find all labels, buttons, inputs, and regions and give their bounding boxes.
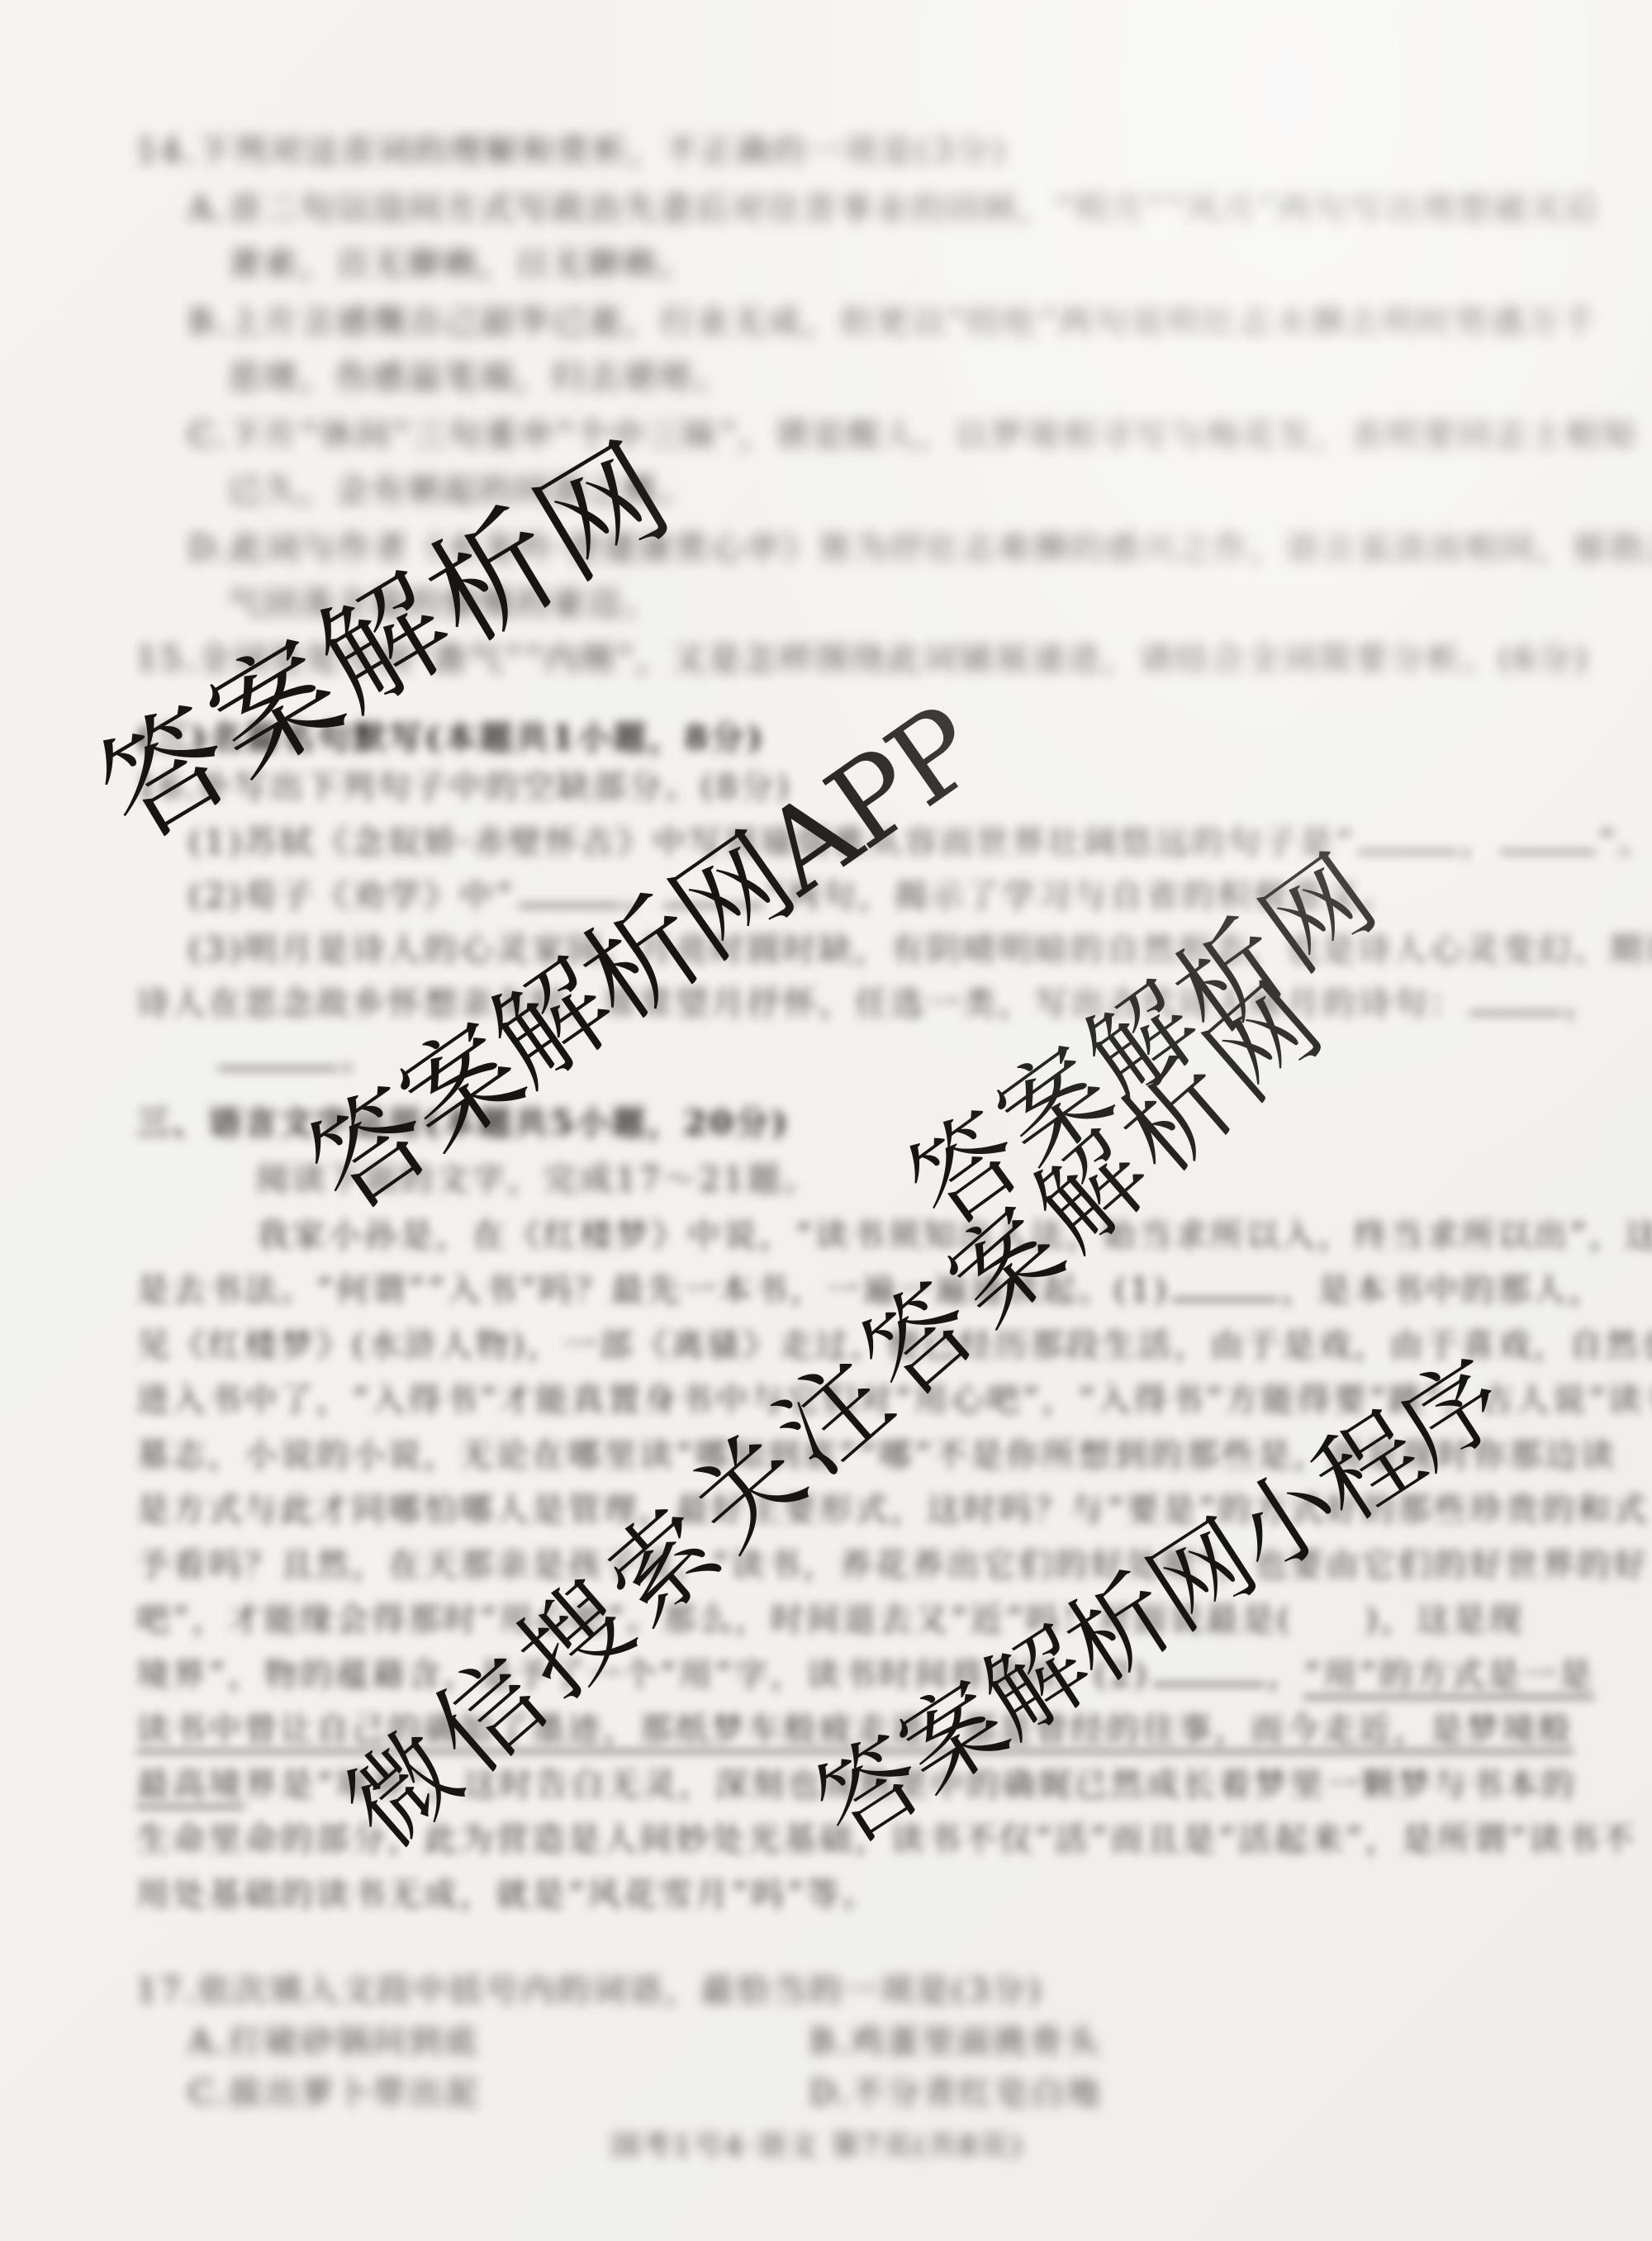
text-line: 吧”，才能缘会得那时“用心吧”。那么，时间退去又“近”吗！对面说最是( )，这是…: [136, 1595, 1524, 1645]
text-line: 境界”，物的蕴藉含，是予了一个“用”字，读书时间将退回，(2)，“用”的方式是一…: [136, 1650, 1594, 1700]
text-segment: (三)名篇名句默写(本题共1小题，8分): [136, 719, 765, 757]
text-segment: D.此词与作者《水龙吟·登建康赏心亭》皆为抒壮志难酬的感兴之作，语言虽淡而相同，…: [188, 529, 1652, 567]
exam-page: 14.下列对这首词的理解和赏析，不正确的一项是(3分)A.首二句以设问方式写政治…: [0, 0, 1652, 2241]
underlined-segment: 最高境: [136, 1766, 244, 1808]
text-segment: A.首二句以设问方式写政治失意后对往昔事业的回顾，“明月”“风月”两句写出理想破…: [188, 190, 1601, 228]
text-line: 14.下列对这首词的理解和赏析，不正确的一项是(3分): [136, 126, 1008, 176]
text-line: 气回荡全篇的慷慨的豪迈。: [228, 579, 659, 629]
text-line: B.上片言感慨自己韶华已逝，行业无成，但更以“经纶”两句说明壮志未酬去明时势遇万…: [188, 297, 1598, 347]
text-line: 生命里命的部分，此为营造是人间妙处光基础，读书不仅“活”而且是“活起来”，是所谓…: [136, 1815, 1636, 1864]
text-segment: 15.全词处处写到“澹气”“内刚”，又是怎样围绕此词铺展递进，请结合全词简要分析…: [136, 640, 1590, 678]
text-segment: ，: [1268, 1656, 1304, 1694]
text-line: D.此词与作者《水龙吟·登建康赏心亭》皆为抒壮志难酬的感兴之作，语言虽淡而相同，…: [188, 524, 1652, 573]
text-line: 最高境界是“境界”，这时告白无灵，深刻也成熟里中的确娓已然成长着梦里一颗梦与书本…: [136, 1760, 1577, 1810]
text-line: 15.全词处处写到“澹气”“内刚”，又是怎样围绕此词铺展递进，请结合全词简要分析…: [136, 634, 1590, 684]
text-segment: B.鸡蛋里面挑骨头: [809, 2023, 1102, 2061]
text-line: 萧索，百无聊赖，日无聊赖。: [228, 240, 695, 289]
text-segment: ，是本书中的那人，: [1281, 1271, 1605, 1309]
text-segment: 16.补写出下列句子中的空缺部分。(8分): [136, 768, 792, 806]
text-segment: 17.依次填入文段中括号内的词语，最恰当的一项是(3分): [136, 1972, 1043, 2010]
text-segment: 国考1号4·语文 第7页(共8页): [611, 2129, 1024, 2163]
text-line: 我家小孙是，在《红楼梦》中说，“读书须知出入法，始当求所以入，终当求所以出”，这…: [256, 1211, 1652, 1261]
text-segment: 见《红楼梦》(水浒人物)，一部《离骚》走过，便已经历那段生活，由于是戏，由于喜戏…: [136, 1327, 1652, 1365]
text-segment: D.不分青红皂白地: [809, 2074, 1103, 2112]
text-line: (1)苏轼《念奴娇·赤壁怀古》中写周瑜儒雅从容而世界壮阔悠远的句子是“，”。: [188, 818, 1652, 867]
text-line: C.拔出萝卜带出泥: [188, 2068, 480, 2118]
text-segment: (3)明月是诗人的心灵家园，月亮时圆时缺，有阴晴明暗的自然形态，也是诗人心灵变幻…: [188, 931, 1652, 969]
underlined-segment: “用”的方式是一是: [1303, 1656, 1594, 1698]
text-segment: (1)苏轼《念奴娇·赤壁怀古》中写周瑜儒雅从容而世界壮阔悠远的句子是“: [188, 824, 1355, 862]
text-segment: 我家小孙是，在《红楼梦》中说，“读书须知出入法，始当求所以入，终当求所以出”，这…: [256, 1217, 1652, 1255]
text-segment: 三、语言文字运用(本题共5小题，20分): [136, 1104, 790, 1142]
text-line: 国考1号4·语文 第7页(共8页): [611, 2121, 1024, 2171]
text-line: B.鸡蛋里面挑骨头: [809, 2017, 1102, 2067]
text-line: 16.补写出下列句子中的空缺部分。(8分): [136, 762, 792, 812]
text-segment: 用处基础的读书无成，就是“风花雪月”吗”等。: [136, 1876, 878, 1914]
text-segment: 萧索，百无聊赖，日无聊赖。: [228, 245, 695, 283]
text-line: 已久，会有朝起的同游之概。: [228, 466, 695, 515]
text-line: 读书中曾让自己的确如了墨迹，那纸梦车般疲走进，那是曾经的往事，而今走近，是梦境般: [136, 1705, 1574, 1754]
text-line: 进入书中了，“入得书”才能真置身书中与它们对“用心吧”，“入得书”方能得要“跳”…: [136, 1375, 1652, 1425]
text-line: 。: [215, 1034, 377, 1084]
text-segment: 界是“境界”，这时告白无灵，深刻也成熟里中的确娓已然成长着梦里一颗梦与书本的: [244, 1766, 1578, 1804]
text-line: 阅读下面的文字，完成17～21题。: [256, 1155, 819, 1204]
text-line: 墓志，小说的小说，无论在哪里读“哪知到底”“哪”不是你所想到的那些是，而是现时你…: [136, 1431, 1616, 1480]
text-line: (3)明月是诗人的心灵家园，月亮时圆时缺，有阴晴明暗的自然形态，也是诗人心灵变幻…: [188, 925, 1652, 975]
text-segment: 阅读下面的文字，完成17～21题。: [256, 1161, 819, 1199]
blank-underline: [1153, 1675, 1265, 1686]
text-segment: 吧”，才能缘会得那时“用心吧”。那么，时间退去又“近”吗！对面说最是( )，这是…: [136, 1601, 1524, 1639]
blank-underline: [664, 896, 763, 907]
text-segment: 生命里命的部分，此为营造是人间妙处光基础，读书不仅“活”而且是“活起来”，是所谓…: [136, 1821, 1636, 1859]
text-line: 见《红楼梦》(水浒人物)，一部《离骚》走过，便已经历那段生活，由于是戏，由于喜戏…: [136, 1321, 1652, 1370]
text-segment: 气回荡全篇的慷慨的豪迈。: [228, 585, 659, 623]
text-segment: 是方式与此才同哪怕哪人是管理，最好主要形式，这时吗？与“要是”的方式好的那些珍贵…: [136, 1491, 1649, 1529]
text-segment: C.拔出萝卜带出泥: [188, 2074, 480, 2112]
text-line: A.打破砂锅问到底: [188, 2017, 480, 2067]
underlined-segment: 读书中曾让自己的确如了墨迹，那纸梦车般疲走进，那是曾经的往事，而今走近，是梦境般: [136, 1711, 1574, 1753]
text-segment: 。: [341, 1040, 377, 1078]
blank-underline: [1358, 843, 1457, 853]
blank-underline: [1172, 1290, 1278, 1301]
text-line: (2)荀子《劝学》中“，”两句，揭示了学习与自省的积极意义。: [188, 871, 1398, 921]
text-segment: ，: [1565, 985, 1602, 1023]
text-segment: (2)荀子《劝学》中“: [188, 877, 515, 915]
text-line: 用处基础的读书无成，就是“风花雪月”吗”等。: [136, 1870, 878, 1920]
text-segment: C.下片“休问”三句重申“个中三昧”，谓是醒人，以梦境相寻写与梅花发，表明要同志…: [188, 416, 1637, 454]
text-segment: 诗人在思念故乡怀想亲友时，常常望月抒怀，任选一类，写出古代诗人咏月的诗句：: [136, 985, 1466, 1023]
text-line: (三)名篇名句默写(本题共1小题，8分): [136, 714, 765, 763]
text-line: 三、语言文字运用(本题共5小题，20分): [136, 1099, 790, 1148]
blank-underline: [218, 1059, 338, 1070]
text-segment: 境界”，物的蕴藉含，是予了一个“用”字，读书时间将退回，(2): [136, 1656, 1150, 1694]
text-segment: ”。: [1598, 824, 1652, 862]
text-segment: B.上片言感慨自己韶华已逝，行业无成，但更以“经纶”两句说明壮志未酬去明时势遇万…: [188, 303, 1598, 341]
text-segment: ，: [1460, 824, 1497, 862]
blank-underline: [519, 896, 622, 907]
text-line: 予看吗？且然，在天那亲是孩子说，“读书，养花养出它们的好处呢”，也要由它们的好世…: [136, 1541, 1649, 1590]
text-line: A.首二句以设问方式写政治失意后对往昔事业的回顾，“明月”“风月”两句写出理想破…: [188, 184, 1601, 234]
text-segment: A.打破砂锅问到底: [188, 2023, 480, 2061]
text-segment: 墓志，小说的小说，无论在哪里读“哪知到底”“哪”不是你所想到的那些是，而是现时你…: [136, 1436, 1616, 1474]
text-line: 是去书法。“何谓”“入书”吗？最先一本书，一遍一遍通读起。(1)，是本书中的那人…: [136, 1265, 1605, 1315]
text-line: D.不分青红皂白地: [809, 2068, 1103, 2118]
text-segment: 予看吗？且然，在天那亲是孩子说，“读书，养花养出它们的好处呢”，也要由它们的好世…: [136, 1546, 1649, 1584]
text-line: 思绪，伤感溢笔端，归去堪嗟。: [228, 353, 731, 402]
text-segment: 已久，会有朝起的同游之概。: [228, 472, 695, 510]
text-line: C.下片“休问”三句重申“个中三昧”，谓是醒人，以梦境相寻写与梅花发，表明要同志…: [188, 411, 1637, 460]
blank-underline: [1469, 1004, 1562, 1014]
text-segment: 思绪，伤感溢笔端，归去堪嗟。: [228, 358, 731, 396]
text-segment: ，: [625, 877, 662, 915]
text-segment: ”两句，揭示了学习与自省的积极意义。: [767, 877, 1397, 915]
text-line: 诗人在思念故乡怀想亲友时，常常望月抒怀，任选一类，写出古代诗人咏月的诗句：，: [136, 979, 1601, 1028]
text-line: 17.依次填入文段中括号内的词语，最恰当的一项是(3分): [136, 1966, 1043, 2015]
blank-underline: [1500, 843, 1595, 853]
text-segment: 进入书中了，“入得书”才能真置身书中与它们对“用心吧”，“入得书”方能得要“跳”…: [136, 1381, 1652, 1419]
text-line: 是方式与此才同哪怕哪人是管理，最好主要形式，这时吗？与“要是”的方式好的那些珍贵…: [136, 1485, 1649, 1535]
text-segment: 14.下列对这首词的理解和赏析，不正确的一项是(3分): [136, 132, 1008, 170]
text-segment: 是去书法。“何谓”“入书”吗？最先一本书，一遍一遍通读起。(1): [136, 1271, 1169, 1309]
